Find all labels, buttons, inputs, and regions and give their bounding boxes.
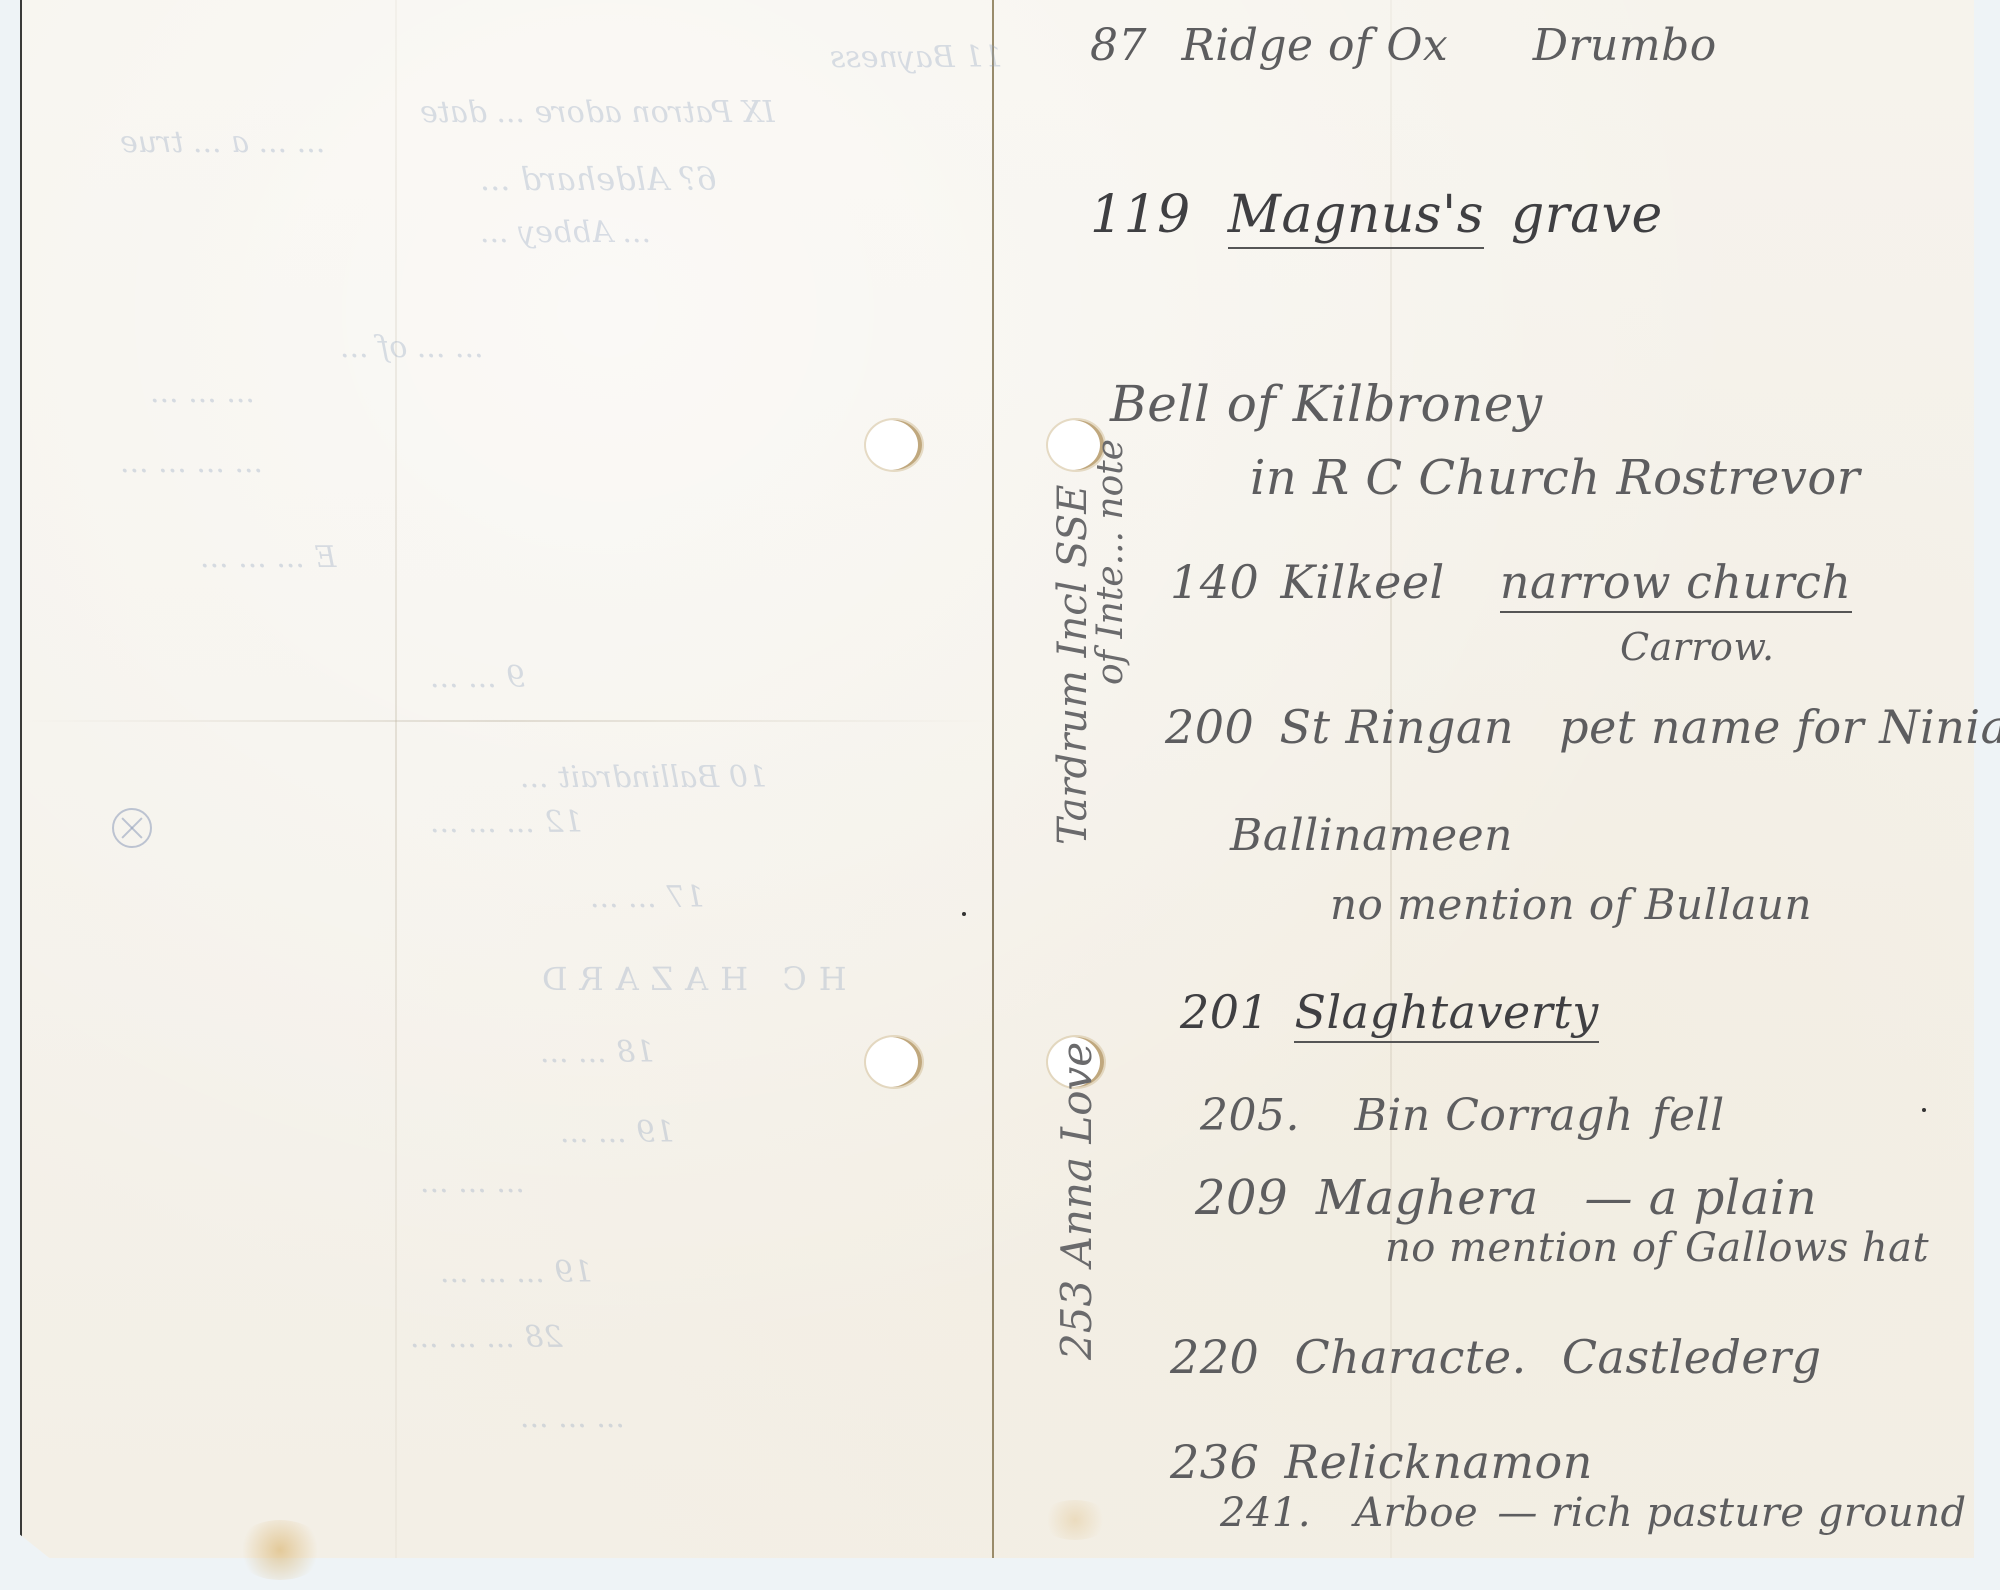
bleed-line: ... ... a ... true [120,125,325,160]
entry-140: 140 Kilkeel narrow church [1170,555,1852,609]
entry-number: 209 [1195,1170,1288,1226]
bleed-line: 19 ... ... [560,1115,674,1150]
vertical-fold-line-left [395,0,397,1558]
entry-209: 209 Maghera — a plain [1195,1170,1817,1226]
entry-119: 119 Magnus's grave [1090,185,1663,245]
entry-text: Relicknamon [1284,1435,1592,1489]
punch-hole [866,1037,922,1087]
bleed-line: 10 Ballindrait ... [520,760,767,795]
margin-note-anna-love: 253 Anna Love [1052,1042,1101,1360]
bleed-line: ... Abbey ... [480,215,651,250]
bleed-line: 19 ... ... ... [440,1255,593,1290]
ink-dot [1922,1108,1926,1112]
bleed-line: 17 ... ... [590,880,704,915]
bleed-line: ... ... ... ... [120,445,263,480]
entry-text: Kilkeel [1280,555,1444,609]
entry-number: 140 [1170,555,1259,609]
bleed-line: 12 ... ... ... [430,805,583,840]
entry-number: 119 [1090,185,1191,245]
entry-236: 236 Relicknamon [1170,1435,1593,1489]
entry-extra: — rich pasture ground [1497,1490,1966,1536]
entry-carrow: Carrow. [1620,625,1775,669]
entry-extra: fell [1652,1090,1724,1141]
entry-extra: Drumbo [1533,20,1717,71]
entry-ballinameen: Ballinameen [1230,810,1513,861]
entry-extra: grave [1511,185,1663,245]
entry-text: Bin Corragh [1354,1090,1633,1141]
entry-241: 241. Arboe — rich pasture ground [1220,1490,1967,1536]
entry-extra: Castlederg [1562,1330,1822,1384]
entry-text: Maghera [1316,1170,1539,1226]
ink-dot [962,912,966,916]
entry-extra: narrow church [1500,555,1852,613]
entry-text: Slaghtaverty [1294,985,1598,1043]
entry-number: 241. [1220,1490,1311,1536]
entry-205: 205. Bin Corragh fell [1200,1090,1725,1141]
entry-number: 87 [1090,20,1147,71]
circled-x-icon [112,808,152,848]
entry-rc-church: in R C Church Rostrevor [1250,450,1860,506]
bleed-line: 9 ... ... [430,660,525,695]
bleed-line: ... ... ... [150,375,255,410]
entry-87: 87 Ridge of Ox Drumbo [1090,20,1717,71]
entry-220: 220 Characte. Castlederg [1170,1330,1822,1384]
margin-note-inte: of Inte... note [1090,439,1131,685]
bleed-line: IX Patron adore ... date [420,95,775,130]
bleed-line: E ... ... ... [200,540,336,575]
entry-200: 200 St Ringan pet name for Ninian [1165,700,2000,754]
entry-number: 201 [1180,985,1269,1039]
bleed-line: ... ... ... [520,1400,625,1435]
entry-text: Arboe [1354,1490,1478,1536]
entry-bell-of-kilbroney: Bell of Kilbroney [1110,375,1543,433]
horizontal-fold-line [20,720,990,722]
entry-text: Characte. [1294,1330,1526,1384]
page-spine [992,0,994,1558]
entry-text: Ridge of Ox [1182,20,1449,71]
entry-number: 200 [1165,700,1254,754]
entry-text: Magnus's [1228,185,1484,249]
paper-sheet [20,0,1974,1558]
entry-no-mention-bullaun: no mention of Bullaun [1330,880,1812,929]
bleed-line: 6? Aldehard ... [480,160,717,198]
entry-text: St Ringan [1279,700,1514,754]
bleed-line: 28 ... ... ... [410,1320,563,1355]
bleed-line: HC HAZARD [530,960,847,998]
bleed-line: ... ... of ... [340,330,484,365]
entry-extra: — a plain [1585,1170,1818,1226]
entry-number: 236 [1170,1435,1259,1489]
entry-no-mention-gallows: no mention of Gallows hat [1385,1225,1929,1271]
bleed-line: ... ... ... [420,1165,525,1200]
paper-stain [235,1520,325,1580]
entry-number: 220 [1170,1330,1259,1384]
paper-stain [1040,1500,1110,1540]
entry-201: 201 Slaghtaverty [1180,985,1599,1039]
bleed-line: 11 Bayness [830,40,1002,75]
entry-extra: pet name for Ninian [1559,700,2000,754]
punch-hole [866,420,922,470]
bleed-line: 18 ... ... [540,1035,654,1070]
entry-number: 205. [1200,1090,1300,1141]
